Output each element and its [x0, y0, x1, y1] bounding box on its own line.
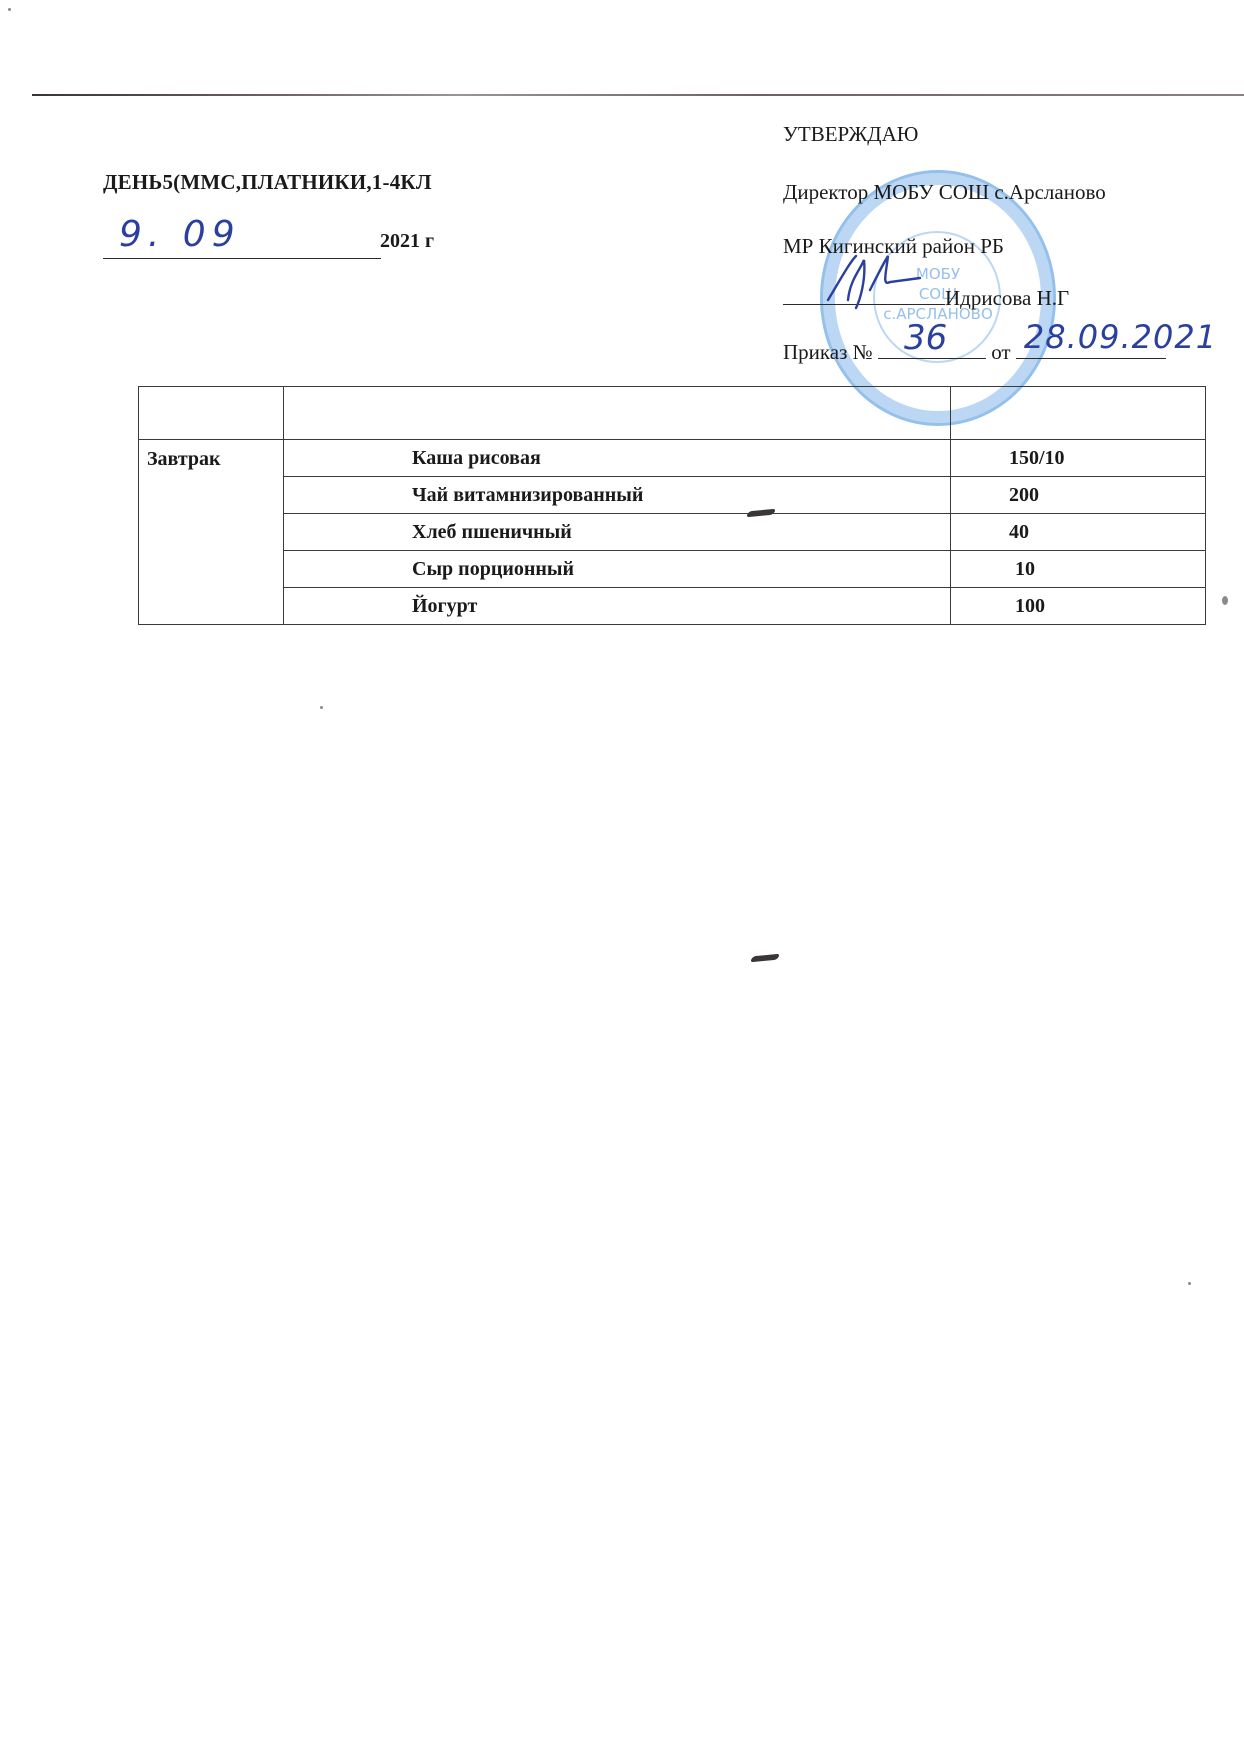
dish-cell: Йогурт [284, 588, 951, 625]
qty-cell: 40 [951, 514, 1206, 551]
scan-speck [320, 706, 323, 709]
approval-position: Директор МОБУ СОШ с.Арсланово [783, 180, 1106, 205]
order-date: 28.09.2021 [1024, 318, 1217, 356]
table-row: Завтрак Каша рисовая 150/10 [139, 440, 1206, 477]
meal-cell: Завтрак [139, 440, 284, 625]
order-number-field: 36 [878, 340, 986, 359]
approval-district: МР Кигинский район РБ [783, 234, 1004, 259]
menu-table: Завтрак Каша рисовая 150/10 Чай витамниз… [138, 386, 1206, 625]
scan-mark [750, 954, 780, 963]
date-field: 9. 09 [103, 212, 381, 259]
scan-speck [1188, 1282, 1191, 1285]
scan-speck [8, 8, 11, 11]
handwritten-date: 9. 09 [119, 214, 241, 255]
table-row: Чай витамнизированный 200 [139, 477, 1206, 514]
qty-cell: 10 [951, 551, 1206, 588]
day-title: ДЕНЬ5(ММС,ПЛАТНИКИ,1-4КЛ [103, 170, 432, 194]
dish-cell: Чай витамнизированный [284, 477, 951, 514]
qty-cell: 150/10 [951, 440, 1206, 477]
qty-cell: 100 [951, 588, 1206, 625]
table-row: Йогурт 100 [139, 588, 1206, 625]
dish-cell: Каша рисовая [284, 440, 951, 477]
order-date-field: 28.09.2021 [1016, 340, 1166, 359]
approval-signature-row: Идрисова Н.Г [783, 286, 1069, 311]
top-rule [32, 94, 1244, 96]
table-header-row [139, 387, 1206, 440]
order-date-label: от [991, 340, 1010, 364]
year-suffix: 2021 г [380, 230, 434, 253]
scan-speck [1222, 596, 1228, 605]
header-cell-dish [284, 387, 951, 440]
dish-cell: Хлеб пшеничный [284, 514, 951, 551]
table-row: Сыр порционный 10 [139, 551, 1206, 588]
order-label: Приказ № [783, 340, 873, 364]
header-cell-meal [139, 387, 284, 440]
qty-cell: 200 [951, 477, 1206, 514]
document-title: ДЕНЬ5(ММС,ПЛАТНИКИ,1-4КЛ [103, 170, 432, 195]
signatory-name: Идрисова Н.Г [945, 286, 1069, 310]
approval-heading: УТВЕРЖДАЮ [783, 122, 918, 147]
order-number: 36 [904, 318, 947, 358]
table-row: Хлеб пшеничный 40 [139, 514, 1206, 551]
header-cell-qty [951, 387, 1206, 440]
order-row: Приказ № 36 от 28.09.2021 [783, 340, 1166, 365]
stamp-text-1: МОБУ [823, 265, 1053, 283]
signature-line [783, 286, 945, 305]
dish-cell: Сыр порционный [284, 551, 951, 588]
